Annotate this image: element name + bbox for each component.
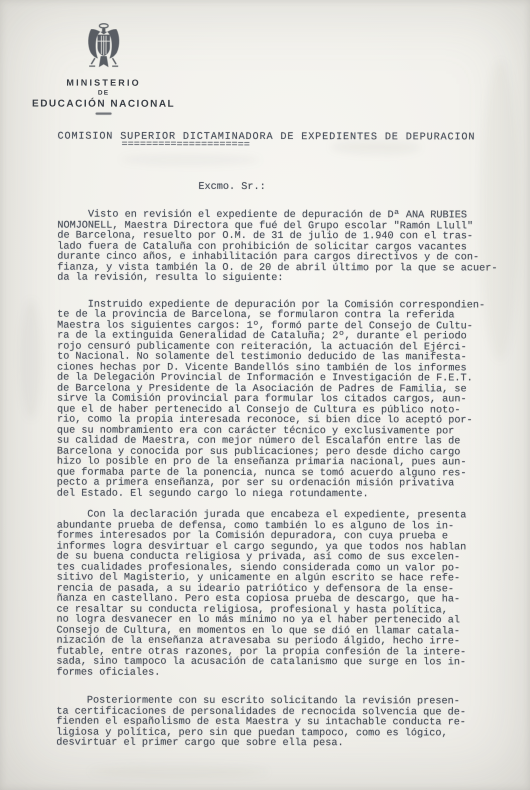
paragraph-4: Posteriormente con su escrito solicitand… bbox=[56, 697, 508, 750]
scan-smudge bbox=[20, 299, 42, 419]
title-underline: ===================== bbox=[122, 140, 250, 151]
paragraph-2: Instruido expediente de depuración por l… bbox=[57, 300, 509, 500]
salutation: Excmo. Sr.: bbox=[198, 182, 265, 193]
letterhead-flourish bbox=[96, 113, 112, 115]
document-content: MINISTERIO DE EDUCACIÓN NACIONAL COMISIO… bbox=[0, 0, 530, 790]
paragraph-1: Visto en revisión el expediente de depur… bbox=[57, 211, 509, 285]
letterhead: MINISTERIO DE EDUCACIÓN NACIONAL bbox=[29, 22, 179, 115]
scanned-document-page: MINISTERIO DE EDUCACIÓN NACIONAL COMISIO… bbox=[0, 0, 530, 790]
ministry-name-line2: DE bbox=[29, 90, 179, 97]
ministry-name-line3: EDUCACIÓN NACIONAL bbox=[29, 99, 179, 110]
document-body: Visto en revisión el expediente de depur… bbox=[56, 211, 509, 750]
paragraph-3: Con la declaración jurada que encabeza e… bbox=[56, 511, 508, 680]
scan-smudge bbox=[89, 765, 269, 779]
ministry-name-line1: MINISTERIO bbox=[29, 78, 179, 88]
scan-smudge bbox=[120, 155, 260, 165]
commission-title: COMISION SUPERIOR DICTAMINADORA DE EXPED… bbox=[58, 132, 476, 144]
eagle-crest-icon bbox=[83, 22, 125, 74]
